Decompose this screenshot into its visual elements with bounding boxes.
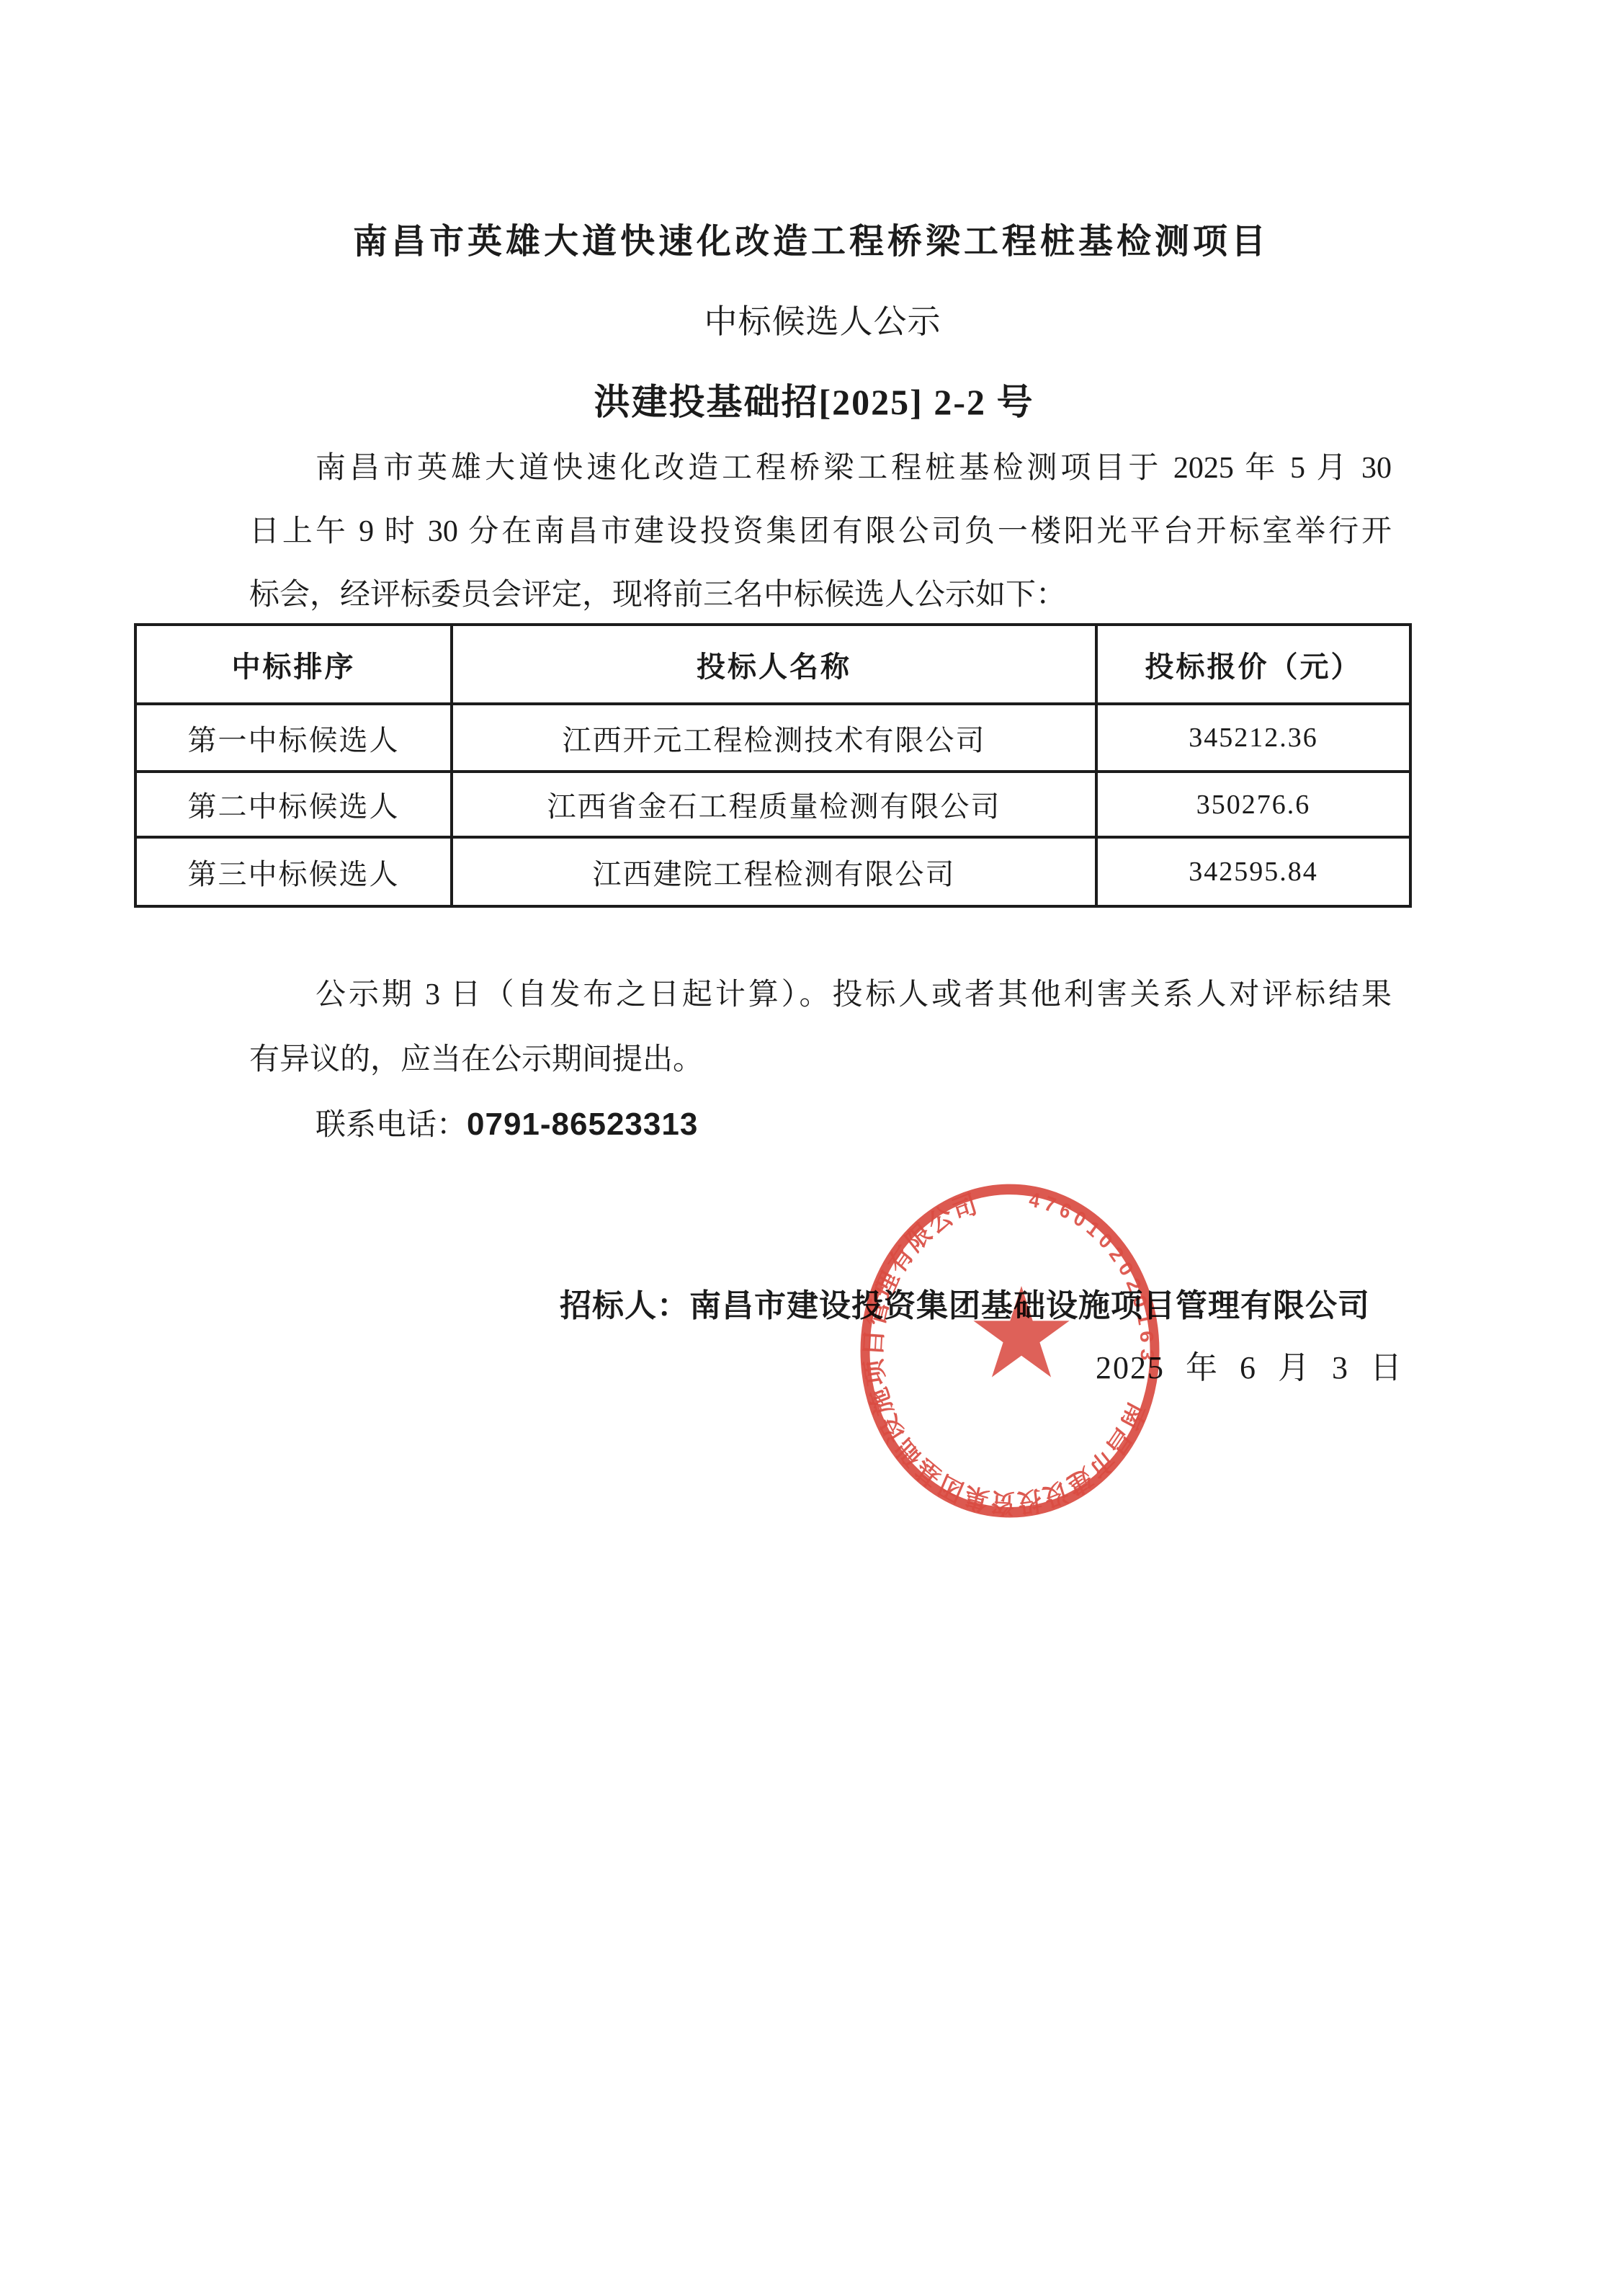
cell-rank: 第一中标候选人 bbox=[135, 704, 452, 772]
phone-label: 联系电话： bbox=[316, 1109, 467, 1142]
table-row: 第一中标候选人 江西开元工程检测技术有限公司 345212.36 bbox=[135, 704, 1410, 772]
column-header-rank: 中标排序 bbox=[135, 625, 452, 704]
intro-line-2: 日上午 9 时 30 分在南昌市建设投资集团有限公司负一楼阳光平台开标室举行开 bbox=[249, 500, 1392, 563]
document-number: 洪建投基础招[2025] 2-2 号 bbox=[13, 373, 1602, 425]
document-subtitle: 中标候选人公示 bbox=[22, 295, 1602, 343]
table-row: 第三中标候选人 江西建院工程检测有限公司 342595.84 bbox=[135, 837, 1410, 906]
contact-phone-line: 联系电话：0791-86523313 bbox=[316, 1092, 698, 1164]
notice-line-1: 公示期 3 日（自发布之日起计算）。投标人或者其他利害关系人对评标结果 bbox=[316, 962, 1392, 1027]
intro-line-3: 标会，经评标委员会评定，现将前三名中标候选人公示如下： bbox=[249, 563, 1066, 627]
table-header-row: 中标排序 投标人名称 投标报价（元） bbox=[135, 625, 1410, 704]
date-line: 2025 年 6 月 3 日 bbox=[1096, 1346, 1403, 1390]
notice-line-2: 有异议的，应当在公示期间提出。 bbox=[249, 1027, 703, 1092]
cell-price: 345212.36 bbox=[1096, 704, 1410, 772]
intro-line-1: 南昌市英雄大道快速化改造工程桥梁工程桩基检测项目于 2025 年 5 月 30 bbox=[316, 437, 1392, 500]
table-row: 第二中标候选人 江西省金石工程质量检测有限公司 350276.6 bbox=[135, 772, 1410, 837]
column-header-price: 投标报价（元） bbox=[1096, 625, 1410, 704]
cell-rank: 第二中标候选人 bbox=[135, 772, 452, 837]
document-title: 南昌市英雄大道快速化改造工程桥梁工程桩基检测项目 bbox=[10, 213, 1602, 263]
cell-bidder: 江西开元工程检测技术有限公司 bbox=[452, 704, 1096, 772]
cell-bidder: 江西建院工程检测有限公司 bbox=[452, 837, 1096, 906]
cell-rank: 第三中标候选人 bbox=[135, 837, 452, 906]
scanned-document-page: 南昌市英雄大道快速化改造工程桥梁工程桩基检测项目 中标候选人公示 洪建投基础招[… bbox=[0, 0, 1602, 2296]
bid-candidates-table: 中标排序 投标人名称 投标报价（元） 第一中标候选人 江西开元工程检测技术有限公… bbox=[134, 623, 1412, 908]
column-header-bidder: 投标人名称 bbox=[452, 625, 1096, 704]
phone-number: 0791-86523313 bbox=[467, 1107, 698, 1142]
cell-price: 350276.6 bbox=[1096, 772, 1410, 837]
cell-bidder: 江西省金石工程质量检测有限公司 bbox=[452, 772, 1096, 837]
cell-price: 342595.84 bbox=[1096, 837, 1410, 906]
tenderer-line: 招标人：南昌市建设投资集团基础设施项目管理有限公司 bbox=[560, 1284, 1370, 1328]
stamp-serial-number: 4760102020163 bbox=[1027, 1187, 1158, 1367]
